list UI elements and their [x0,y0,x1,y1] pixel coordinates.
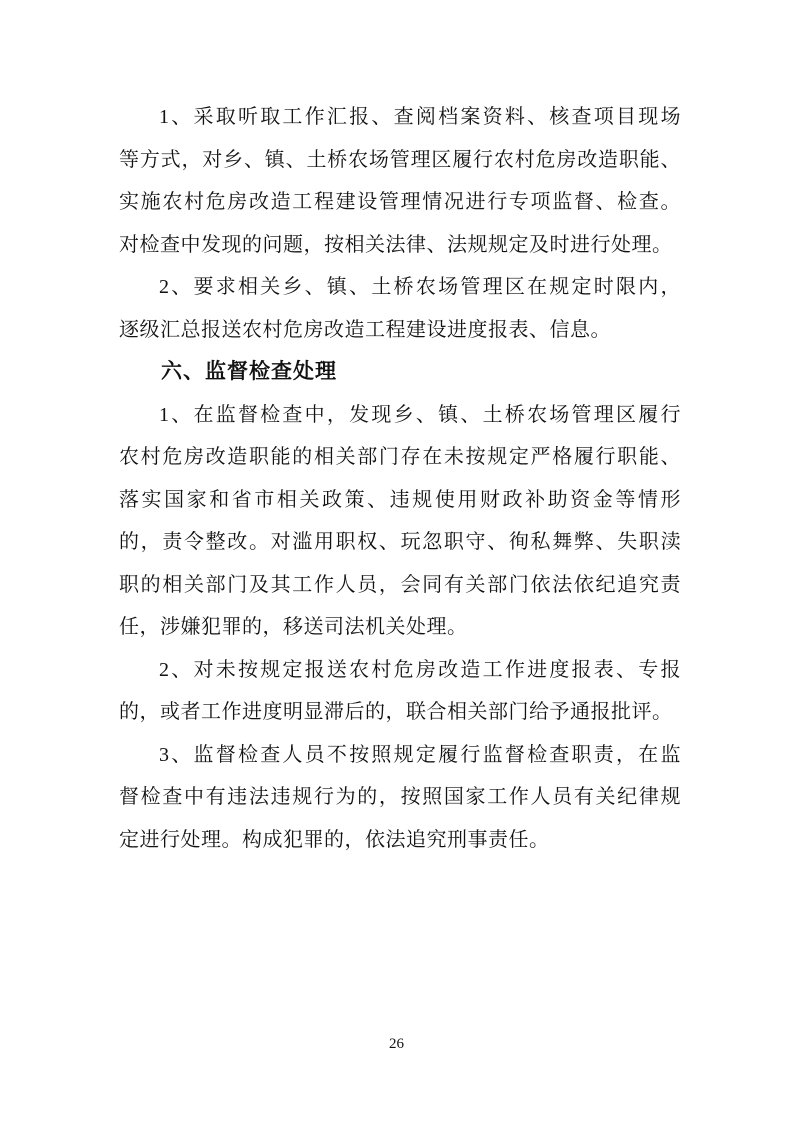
text-line: 逐级汇总报送农村危房改造工程建设进度报表、信息。 [119,309,681,352]
text-line: 落实国家和省市相关政策、违规使用财政补助资金等情形 [119,479,681,522]
text-line: 任，涉嫌犯罪的，移送司法机关处理。 [119,606,681,649]
text-line: 实施农村危房改造工程建设管理情况进行专项监督、检查。 [119,181,681,224]
text-line: 2、对未按规定报送农村危房改造工作进度报表、专报 [119,649,681,692]
heading-line: 六、监督检查处理 [119,351,681,394]
text-line: 3、监督检查人员不按照规定履行监督检查职责，在监 [119,734,681,777]
text-line: 对检查中发现的问题，按相关法律、法规规定及时进行处理。 [119,224,681,267]
document-page: 1、采取听取工作汇报、查阅档案资料、核查项目现场等方式，对乡、镇、土桥农场管理区… [0,0,793,1122]
text-line: 农村危房改造职能的相关部门存在未按规定严格履行职能、 [119,436,681,479]
text-line: 定进行处理。构成犯罪的，依法追究刑事责任。 [119,819,681,862]
text-line: 等方式，对乡、镇、土桥农场管理区履行农村危房改造职能、 [119,139,681,182]
paragraph: 3、监督检查人员不按照规定履行监督检查职责，在监督检查中有违法违规行为的，按照国… [119,734,681,862]
text-line: 1、采取听取工作汇报、查阅档案资料、核查项目现场 [119,96,681,139]
paragraph: 1、在监督检查中，发现乡、镇、土桥农场管理区履行农村危房改造职能的相关部门存在未… [119,394,681,649]
text-line: 督检查中有违法违规行为的，按照国家工作人员有关纪律规 [119,776,681,819]
text-line: 的，或者工作进度明显滞后的，联合相关部门给予通报批评。 [119,691,681,734]
text-line: 的，责令整改。对滥用职权、玩忽职守、徇私舞弊、失职渎 [119,521,681,564]
paragraph: 1、采取听取工作汇报、查阅档案资料、核查项目现场等方式，对乡、镇、土桥农场管理区… [119,96,681,266]
document-body: 1、采取听取工作汇报、查阅档案资料、核查项目现场等方式，对乡、镇、土桥农场管理区… [119,96,681,861]
text-line: 2、要求相关乡、镇、土桥农场管理区在规定时限内， [119,266,681,309]
page-number: 26 [0,1036,793,1053]
paragraph: 2、对未按规定报送农村危房改造工作进度报表、专报的，或者工作进度明显滞后的，联合… [119,649,681,734]
paragraph: 2、要求相关乡、镇、土桥农场管理区在规定时限内，逐级汇总报送农村危房改造工程建设… [119,266,681,351]
text-line: 1、在监督检查中，发现乡、镇、土桥农场管理区履行 [119,394,681,437]
text-line: 职的相关部门及其工作人员，会同有关部门依法依纪追究责 [119,564,681,607]
section-heading: 六、监督检查处理 [119,351,681,394]
